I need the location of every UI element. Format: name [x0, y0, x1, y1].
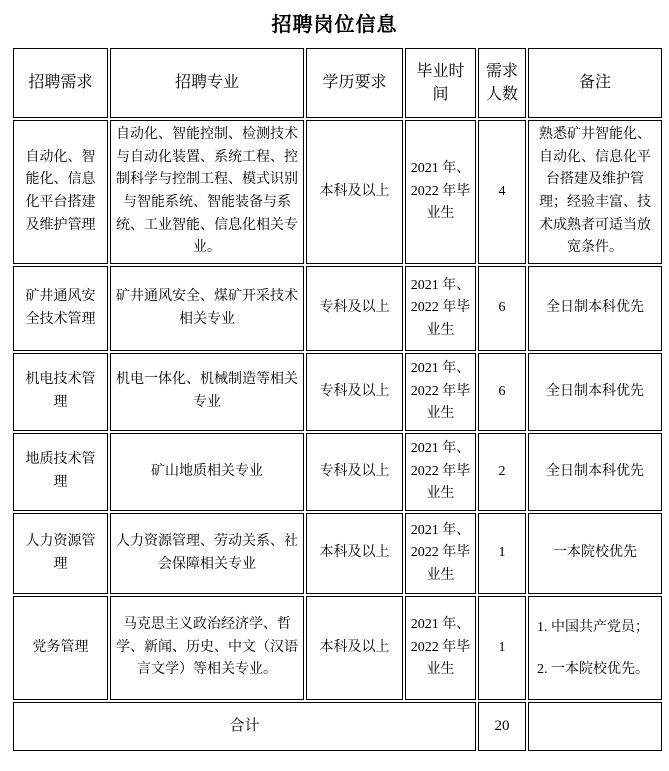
cell-position: 地质技术管理	[13, 433, 108, 511]
header-count: 需求人数	[478, 48, 526, 118]
cell-education: 本科及以上	[306, 596, 403, 700]
cell-count: 6	[478, 266, 526, 351]
cell-graduation: 2021 年、2022 年毕业生	[405, 513, 476, 594]
cell-count: 1	[478, 513, 526, 594]
table-row-ventilation: 矿井通风安全技术管理 矿井通风安全、煤矿开采技术相关专业 专科及以上 2021 …	[13, 266, 662, 351]
table-row-mechatronics: 机电技术管理 机电一体化、机械制造等相关专业 专科及以上 2021 年、2022…	[13, 353, 662, 431]
cell-major: 人力资源管理、劳动关系、社会保障相关专业	[110, 513, 304, 594]
cell-graduation: 2021 年、2022 年毕业生	[405, 433, 476, 511]
total-count: 20	[478, 702, 526, 751]
cell-education: 专科及以上	[306, 266, 403, 351]
page-title: 招聘岗位信息	[0, 8, 669, 37]
cell-remark: 一本院校优先	[528, 513, 662, 594]
cell-position: 自动化、智能化、信息化平台搭建及维护管理	[13, 120, 108, 264]
header-remark: 备注	[528, 48, 662, 118]
cell-remark: 全日制本科优先	[528, 266, 662, 351]
cell-education: 本科及以上	[306, 120, 403, 264]
cell-count: 1	[478, 596, 526, 700]
cell-graduation: 2021 年、2022 年毕业生	[405, 596, 476, 700]
cell-graduation: 2021 年、2022 年毕业生	[405, 120, 476, 264]
cell-count: 4	[478, 120, 526, 264]
table-row-party: 党务管理 马克思主义政治经济学、哲学、新闻、历史、中文（汉语言文学）等相关专业。…	[13, 596, 662, 700]
header-position: 招聘需求	[13, 48, 108, 118]
cell-remark: 熟悉矿井智能化、自动化、信息化平台搭建及维护管理；经验丰富、技术成熟者可适当放宽…	[528, 120, 662, 264]
total-remark	[528, 702, 662, 751]
cell-position: 党务管理	[13, 596, 108, 700]
cell-remark: 全日制本科优先	[528, 433, 662, 511]
table-row-hr: 人力资源管理 人力资源管理、劳动关系、社会保障相关专业 本科及以上 2021 年…	[13, 513, 662, 594]
cell-remark: 1. 中国共产党员； 2. 一本院校优先。	[528, 596, 662, 700]
cell-graduation: 2021 年、2022 年毕业生	[405, 353, 476, 431]
cell-remark: 全日制本科优先	[528, 353, 662, 431]
cell-position: 人力资源管理	[13, 513, 108, 594]
cell-count: 6	[478, 353, 526, 431]
cell-position: 矿井通风安全技术管理	[13, 266, 108, 351]
cell-education: 专科及以上	[306, 353, 403, 431]
table-row-geology: 地质技术管理 矿山地质相关专业 专科及以上 2021 年、2022 年毕业生 2…	[13, 433, 662, 511]
cell-position: 机电技术管理	[13, 353, 108, 431]
header-education: 学历要求	[306, 48, 403, 118]
cell-major: 马克思主义政治经济学、哲学、新闻、历史、中文（汉语言文学）等相关专业。	[110, 596, 304, 700]
cell-major: 自动化、智能控制、检测技术与自动化装置、系统工程、控制科学与控制工程、模式识别与…	[110, 120, 304, 264]
table-header-row: 招聘需求 招聘专业 学历要求 毕业时间 需求人数 备注	[13, 48, 662, 118]
recruitment-table: 招聘需求 招聘专业 学历要求 毕业时间 需求人数 备注 自动化、智能化、信息化平…	[11, 46, 664, 753]
cell-count: 2	[478, 433, 526, 511]
header-graduation: 毕业时间	[405, 48, 476, 118]
cell-major: 机电一体化、机械制造等相关专业	[110, 353, 304, 431]
table-row-automation: 自动化、智能化、信息化平台搭建及维护管理 自动化、智能控制、检测技术与自动化装置…	[13, 120, 662, 264]
table-total-row: 合计 20	[13, 702, 662, 751]
cell-education: 专科及以上	[306, 433, 403, 511]
cell-education: 本科及以上	[306, 513, 403, 594]
cell-major: 矿山地质相关专业	[110, 433, 304, 511]
header-major: 招聘专业	[110, 48, 304, 118]
page: 招聘岗位信息 招聘需求 招聘专业 学历要求 毕业时间 需求人数 备注 自动化、智…	[0, 0, 669, 771]
total-label: 合计	[13, 702, 476, 751]
cell-graduation: 2021 年、2022 年毕业生	[405, 266, 476, 351]
cell-major: 矿井通风安全、煤矿开采技术相关专业	[110, 266, 304, 351]
